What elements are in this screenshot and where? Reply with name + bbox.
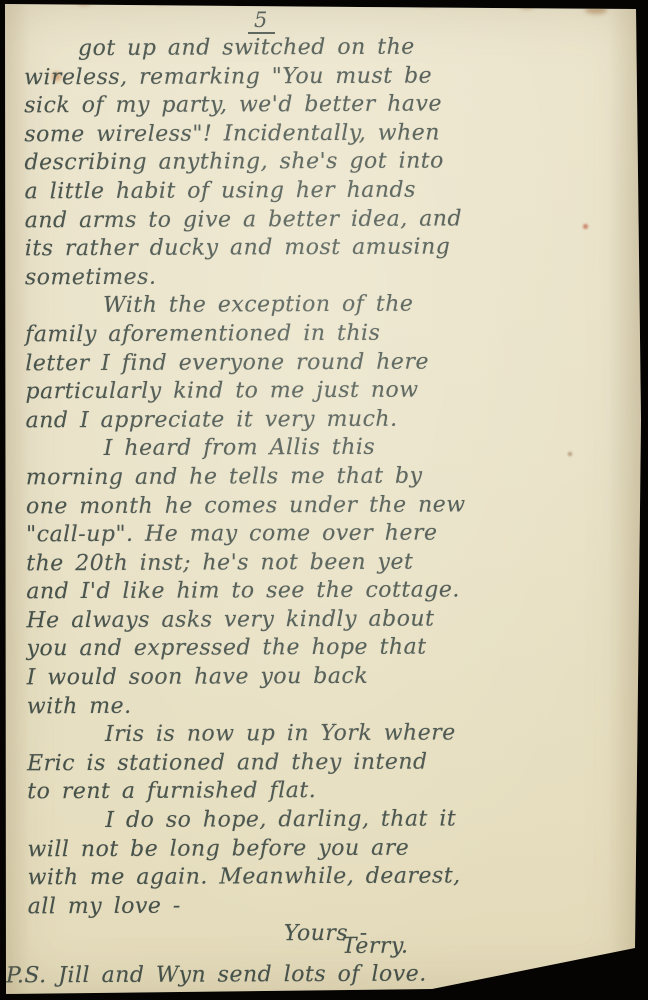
- letter-line: with me.: [1, 690, 648, 721]
- letter-line: you and expressed the hope that: [1, 633, 648, 664]
- handwritten-text: got up and switched on the wireless, rem…: [0, 33, 648, 991]
- letter-line: will not be long before you are: [1, 833, 648, 864]
- letter-line: sometimes.: [0, 261, 647, 292]
- scanned-letter-page: 5 got up and switched on the wireless, r…: [0, 0, 648, 1000]
- foxing-stain: [76, 0, 92, 5]
- letter-paper: 5 got up and switched on the wireless, r…: [0, 0, 648, 1000]
- letter-line: its rather ducky and most amusing: [0, 233, 647, 264]
- foxing-stain: [298, 0, 310, 4]
- letter-line: I do so hope, darling, that it: [1, 805, 648, 836]
- letter-line: "call-up". He may come over here: [0, 519, 648, 550]
- letter-line: particularly kind to me just now: [0, 376, 648, 407]
- letter-line: Eric is stationed and they intend: [1, 747, 648, 778]
- letter-line: a little habit of using her hands: [0, 176, 647, 207]
- letter-line: wireless, remarking "You must be: [0, 61, 646, 92]
- foxing-stain: [156, 0, 166, 4]
- foxing-stain: [412, 0, 438, 6]
- foxing-stain: [520, 2, 534, 9]
- foxing-stain: [228, 0, 248, 4]
- letter-line: and arms to give a better idea, and: [0, 204, 647, 235]
- letter-line: got up and switched on the: [0, 33, 646, 64]
- letter-line: to rent a furnished flat.: [1, 776, 648, 807]
- letter-line: morning and he tells me that by: [0, 461, 648, 492]
- letter-line: and I appreciate it very much.: [0, 404, 648, 435]
- page-number: 5: [248, 8, 275, 34]
- letter-line: With the exception of the: [0, 290, 647, 321]
- letter-line: I heard from Allis this: [0, 433, 648, 464]
- letter-line: some wireless"! Incidentally, when: [0, 118, 646, 149]
- letter-line: family aforementioned in this: [0, 319, 647, 350]
- letter-line: letter I find everyone round here: [0, 347, 647, 378]
- letter-line: all my love -: [2, 890, 648, 921]
- letter-line: and I'd like him to see the cottage.: [0, 576, 648, 607]
- letter-line: one month he comes under the new: [0, 490, 648, 521]
- letter-line: with me again. Meanwhile, dearest,: [2, 862, 648, 893]
- letter-line: describing anything, she's got into: [0, 147, 647, 178]
- postscript-line: P.S. Jill and Wyn send lots of love.: [2, 959, 648, 990]
- letter-line: I would soon have you back: [1, 662, 648, 693]
- letter-line: Iris is now up in York where: [1, 719, 648, 750]
- foxing-stain: [585, 6, 607, 14]
- letter-line: He always asks very kindly about: [0, 604, 648, 635]
- letter-line: the 20th inst; he's not been yet: [0, 547, 648, 578]
- letter-line: sick of my party, we'd better have: [0, 90, 646, 121]
